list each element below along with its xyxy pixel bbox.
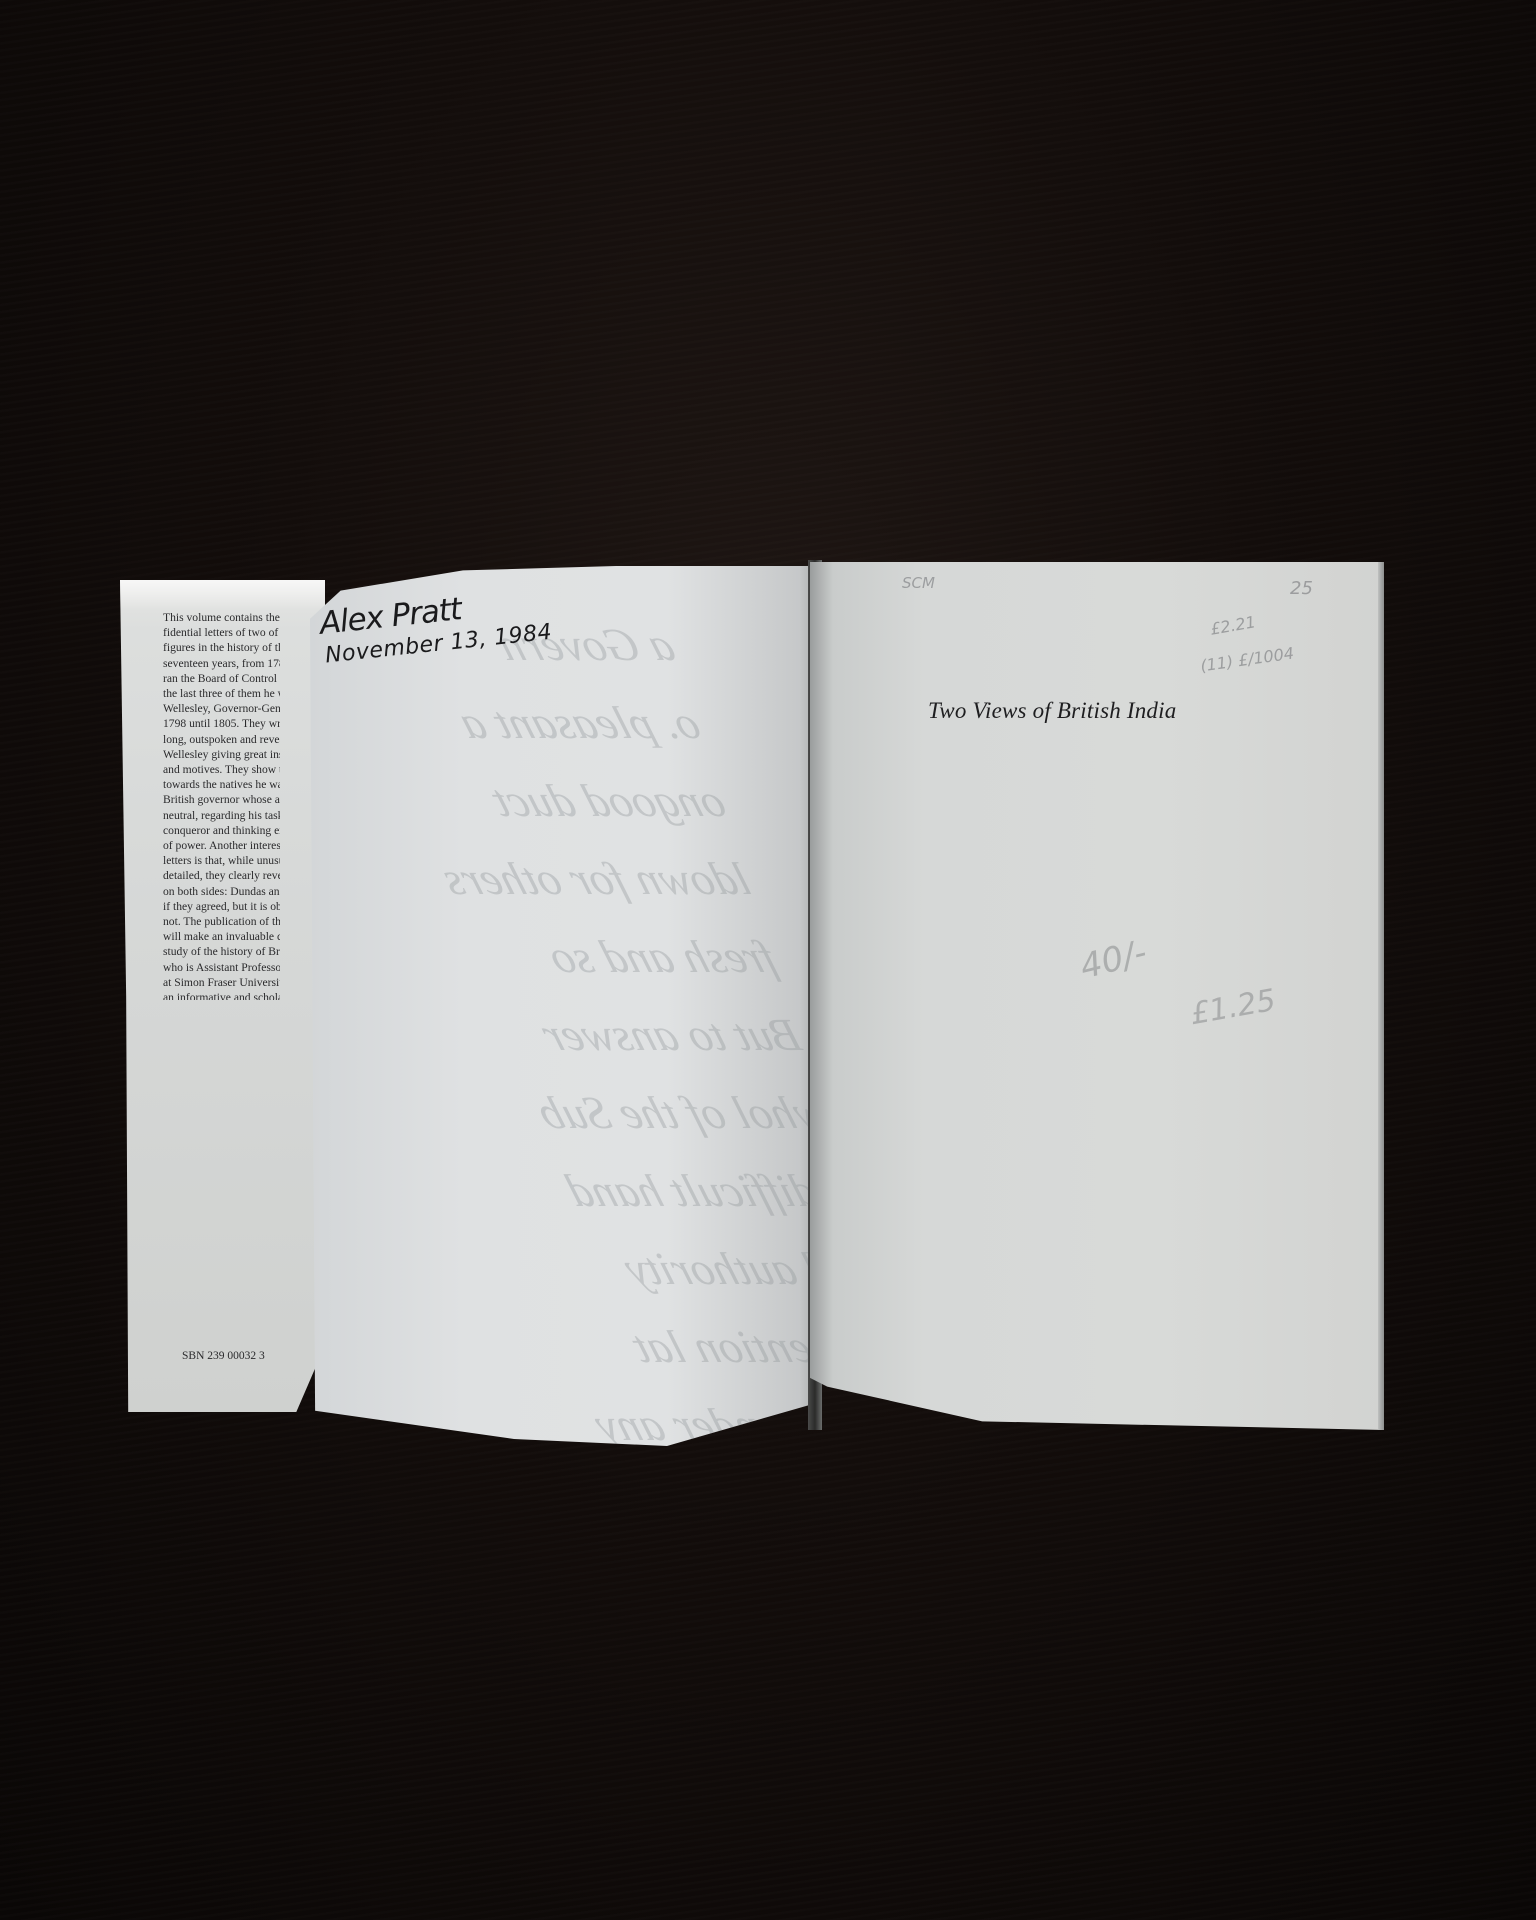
blurb-line: This volume contains the p (163, 610, 280, 625)
blurb-line: study of the history of British (163, 944, 280, 959)
blurb-line: will make an invaluable cor (163, 929, 280, 944)
ghost-line: ldown for others (286, 840, 761, 918)
left-endpaper-page: a Govern o. pleasant a ongood duct ldown… (310, 566, 820, 1446)
blurb-line: detailed, they clearly reveal (163, 868, 280, 883)
blurb-line: who is Assistant Professor in (163, 960, 280, 975)
blurb-line: Wellesley giving great insight i (163, 747, 280, 762)
blurb-line: towards the natives he was p (163, 777, 280, 792)
blurb-line: British governor whose attitu (163, 792, 280, 807)
blurb-line: not. The publication of this (163, 914, 280, 929)
ghost-line: ongood duct (261, 762, 736, 840)
jacket-text-clip: This volume contains the p fidential let… (120, 580, 280, 1000)
blurb-line: on both sides: Dundas and W (163, 884, 280, 899)
blurb-line: fidential letters of two of the (163, 625, 280, 640)
blurb-line: if they agreed, but it is obvic (163, 899, 280, 914)
blurb-line: neutral, regarding his task as t (163, 808, 280, 823)
blurb-line: of power. Another interesting (163, 838, 280, 853)
right-title-page (810, 562, 1384, 1430)
blurb-line: an informative and scholarly (163, 990, 280, 1000)
pencil-note: 25 (1290, 578, 1313, 599)
blurb-line: 1798 until 1805. They wrote (163, 716, 280, 731)
ghost-line: fresh and so (311, 918, 786, 996)
blurb-line: seventeen years, from 1784 un (163, 656, 280, 671)
ghost-line: But to answer (337, 996, 812, 1074)
blurb-line: conqueror and thinking excl (163, 823, 280, 838)
page-edge (1378, 562, 1384, 1430)
blurb-line: Wellesley, Governor-General (163, 701, 280, 716)
jacket-blurb: This volume contains the p fidential let… (163, 610, 280, 1000)
blurb-line: long, outspoken and revealing (163, 732, 280, 747)
isbn-number: SBN 239 00032 3 (182, 1350, 265, 1362)
blurb-line: the last three of them he w (163, 686, 280, 701)
blurb-line: and motives. They show tha (163, 762, 280, 777)
ghost-line: whol of the Sub (362, 1074, 837, 1152)
pencil-note: SCM (902, 574, 935, 592)
blurb-line: letters is that, while unusu (163, 853, 280, 868)
blurb-line: ran the Board of Control fo (163, 671, 280, 686)
book-title: Two Views of British India (928, 698, 1176, 724)
photo-scene: This volume contains the p fidential let… (0, 0, 1536, 1920)
blurb-line: figures in the history of the (163, 640, 280, 655)
blurb-line: at Simon Fraser University (163, 975, 280, 990)
dust-jacket-flap: This volume contains the p fidential let… (120, 580, 325, 1412)
ghost-line: a difficult hand (387, 1152, 862, 1230)
